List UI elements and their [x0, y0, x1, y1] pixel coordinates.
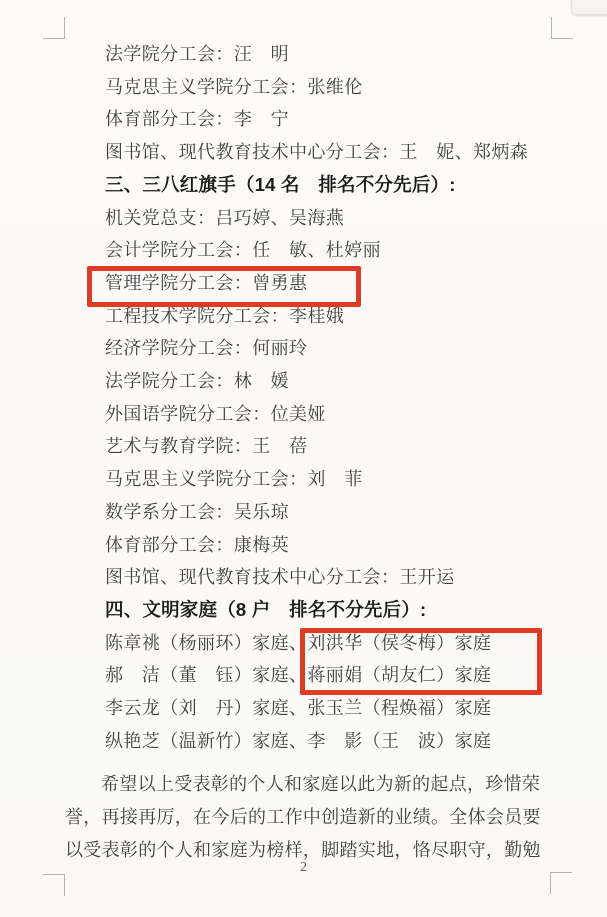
document-line: 李云龙（刘 丹）家庭、张玉兰（程焕福）家庭 — [65, 692, 551, 725]
document-line: 体育部分工会：李 宁 — [65, 103, 551, 136]
document-line: 体育部分工会：康梅英 — [65, 529, 551, 562]
document-line: 郝 洁（董 钰）家庭、蒋丽娟（胡友仁）家庭 — [65, 659, 551, 692]
document-line: 经济学院分工会：何丽玲 — [65, 332, 551, 365]
text-boundary-mark-top-left — [43, 38, 65, 39]
text-boundary-mark-top-right — [551, 17, 552, 39]
document-page: 法学院分工会：汪 明马克思主义学院分工会：张维伦体育部分工会：李 宁图书馆、现代… — [0, 0, 607, 917]
document-line: 工程技术学院分工会：李桂娥 — [65, 300, 551, 333]
document-line: 数学系分工会：吴乐琼 — [65, 496, 551, 529]
document-line: 法学院分工会：林 媛 — [65, 365, 551, 398]
document-line: 艺术与教育学院：王 蓓 — [65, 430, 551, 463]
document-line: 外国语学院分工会：位美娅 — [65, 398, 551, 431]
document-line: 希望以上受表彰的个人和家庭以此为新的起点，珍惜荣 — [65, 768, 551, 801]
section-heading: 四、文明家庭（8 户 排名不分先后）: — [65, 594, 551, 627]
document-line: 图书馆、现代教育技术中心分工会：王开运 — [65, 561, 551, 594]
document-line: 马克思主义学院分工会：刘 菲 — [65, 463, 551, 496]
text-boundary-mark-top-right — [551, 38, 573, 39]
document-line: 陈章祧（杨丽环）家庭、刘洪华（侯冬梅）家庭 — [65, 627, 551, 660]
document-line: 管理学院分工会：曾勇惠 — [65, 267, 551, 300]
document-line: 纵艳芝（温新竹）家庭、李 影（王 波）家庭 — [65, 725, 551, 758]
document-line: 图书馆、现代教育技术中心分工会：王 妮、郑炳森 — [65, 136, 551, 169]
document-content: 法学院分工会：汪 明马克思主义学院分工会：张维伦体育部分工会：李 宁图书馆、现代… — [65, 38, 551, 867]
text-boundary-mark-bottom-left — [64, 874, 65, 896]
document-line: 誉，再接再厉，在今后的工作中创造新的业绩。全体会员要 — [65, 801, 551, 834]
document-line: 会计学院分工会：任 敏、杜婷丽 — [65, 234, 551, 267]
cut-off-ui-element — [571, 0, 607, 15]
text-boundary-mark-top-left — [64, 17, 65, 39]
document-line: 法学院分工会：汪 明 — [65, 38, 551, 71]
page-number: 2 — [0, 860, 607, 876]
document-line: 机关党总支：吕巧婷、吴海燕 — [65, 202, 551, 235]
document-line: 马克思主义学院分工会：张维伦 — [65, 71, 551, 104]
section-heading: 三、三八红旗手（14 名 排名不分先后）: — [65, 169, 551, 202]
